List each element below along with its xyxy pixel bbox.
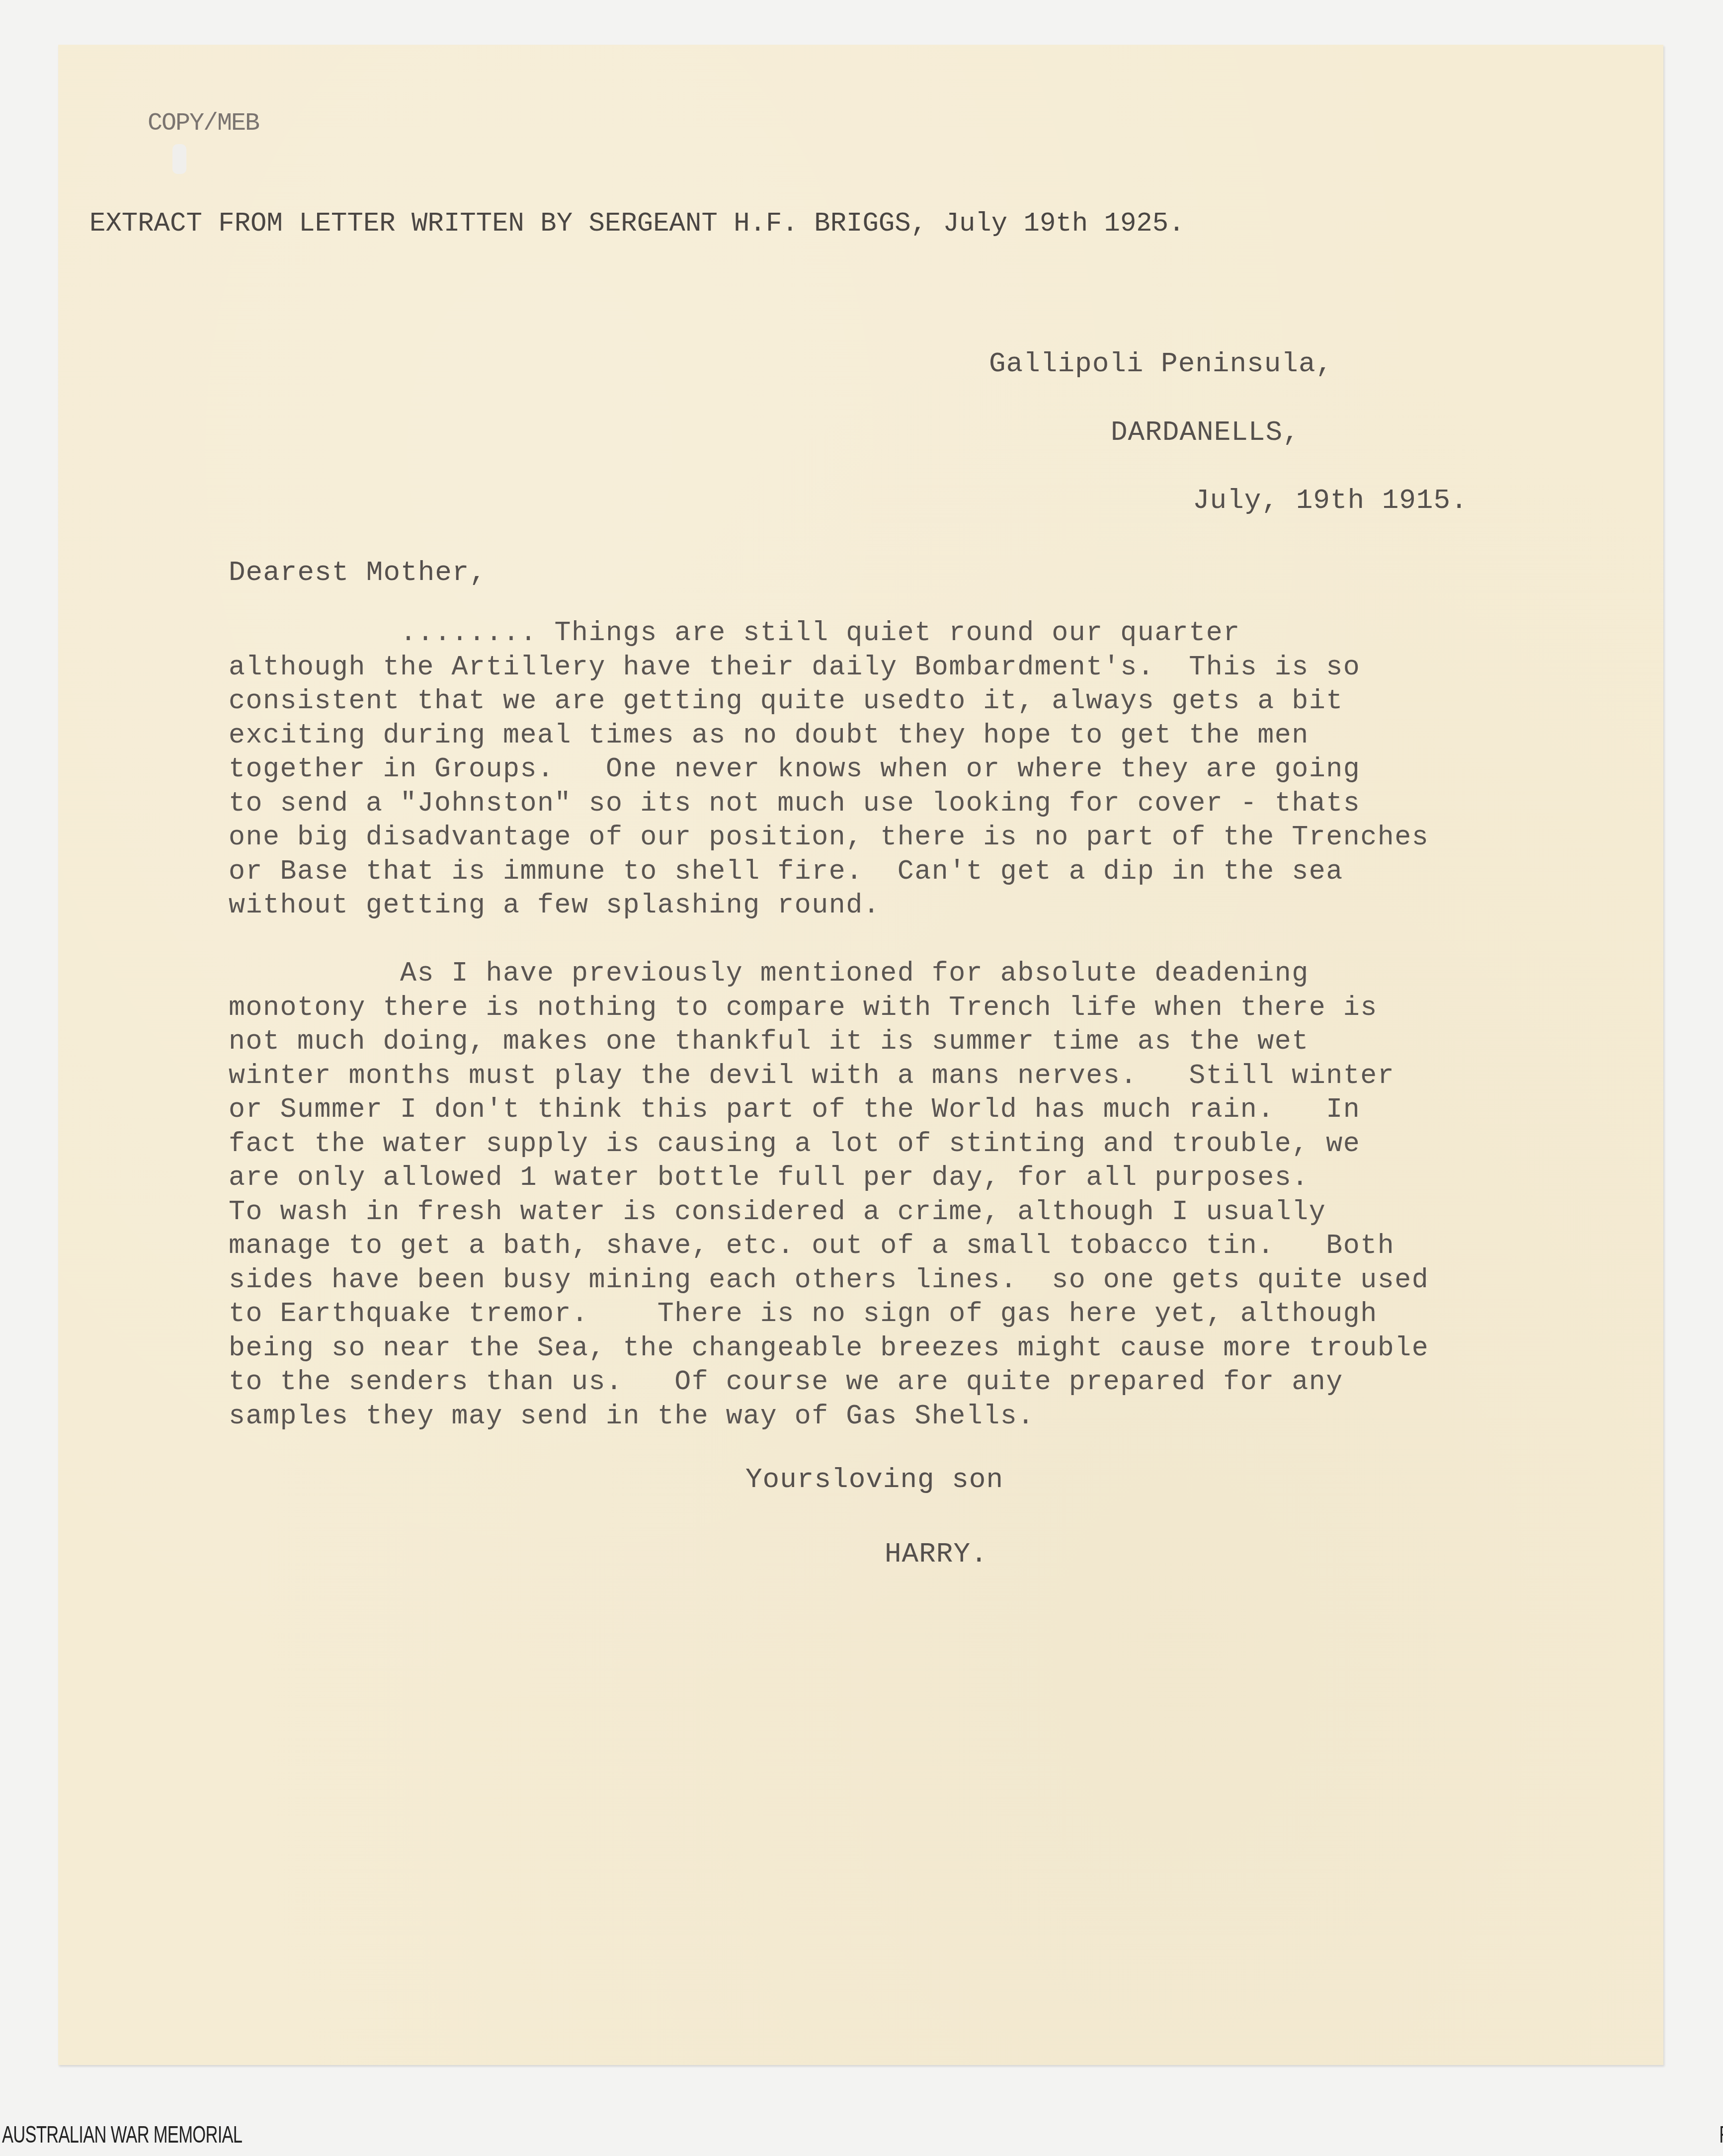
address-line-2: DARDANELLS,	[1111, 416, 1300, 448]
text-line: ........ Things are still quiet round ou…	[229, 616, 1429, 651]
text-line: samples they may send in the way of Gas …	[229, 1400, 1429, 1434]
text-line: are only allowed 1 water bottle full per…	[229, 1161, 1429, 1195]
text-line: although the Artillery have their daily …	[229, 651, 1429, 685]
text-line: manage to get a bath, shave, etc. out of…	[229, 1229, 1429, 1263]
text-line: winter months must play the devil with a…	[229, 1059, 1429, 1093]
text-line: sides have been busy mining each others …	[229, 1263, 1429, 1298]
text-line: consistent that we are getting quite use…	[229, 684, 1429, 719]
text-line: to the senders than us. Of course we are…	[229, 1365, 1429, 1400]
text-line: not much doing, makes one thankful it is…	[229, 1025, 1429, 1059]
institution-label: AUSTRALIAN WAR MEMORIAL	[2, 2121, 242, 2149]
text-line: being so near the Sea, the changeable br…	[229, 1331, 1429, 1366]
text-line: without getting a few splashing round.	[229, 889, 1429, 923]
text-line: to Earthquake tremor. There is no sign o…	[229, 1297, 1429, 1331]
closing: Yoursloving son	[745, 1464, 1003, 1495]
salutation: Dearest Mother,	[229, 557, 487, 588]
record-id: RCDIG0000214	[1720, 2121, 1723, 2149]
text-line: or Summer I don't think this part of the…	[229, 1093, 1429, 1127]
text-line: exciting during meal times as no doubt t…	[229, 719, 1429, 753]
paragraph-2: As I have previously mentioned for absol…	[229, 957, 1429, 1433]
text-line: As I have previously mentioned for absol…	[229, 957, 1429, 991]
address-line-1: Gallipoli Peninsula,	[989, 348, 1333, 380]
text-line: monotony there is nothing to compare wit…	[229, 991, 1429, 1025]
text-line: or Base that is immune to shell fire. Ca…	[229, 855, 1429, 889]
text-line: one big disadvantage of our position, th…	[229, 821, 1429, 855]
letter-date: July, 19th 1915.	[1193, 485, 1468, 516]
document-heading: EXTRACT FROM LETTER WRITTEN BY SERGEANT …	[89, 209, 1185, 239]
text-line: together in Groups. One never knows when…	[229, 752, 1429, 787]
signature: HARRY.	[885, 1538, 988, 1570]
text-line: To wash in fresh water is considered a c…	[229, 1195, 1429, 1230]
paragraph-1: ........ Things are still quiet round ou…	[229, 616, 1429, 923]
staple-hole	[172, 144, 186, 174]
text-line: to send a "Johnston" so its not much use…	[229, 787, 1429, 821]
text-line: fact the water supply is causing a lot o…	[229, 1127, 1429, 1161]
copy-reference: COPY/MEB	[148, 109, 259, 138]
